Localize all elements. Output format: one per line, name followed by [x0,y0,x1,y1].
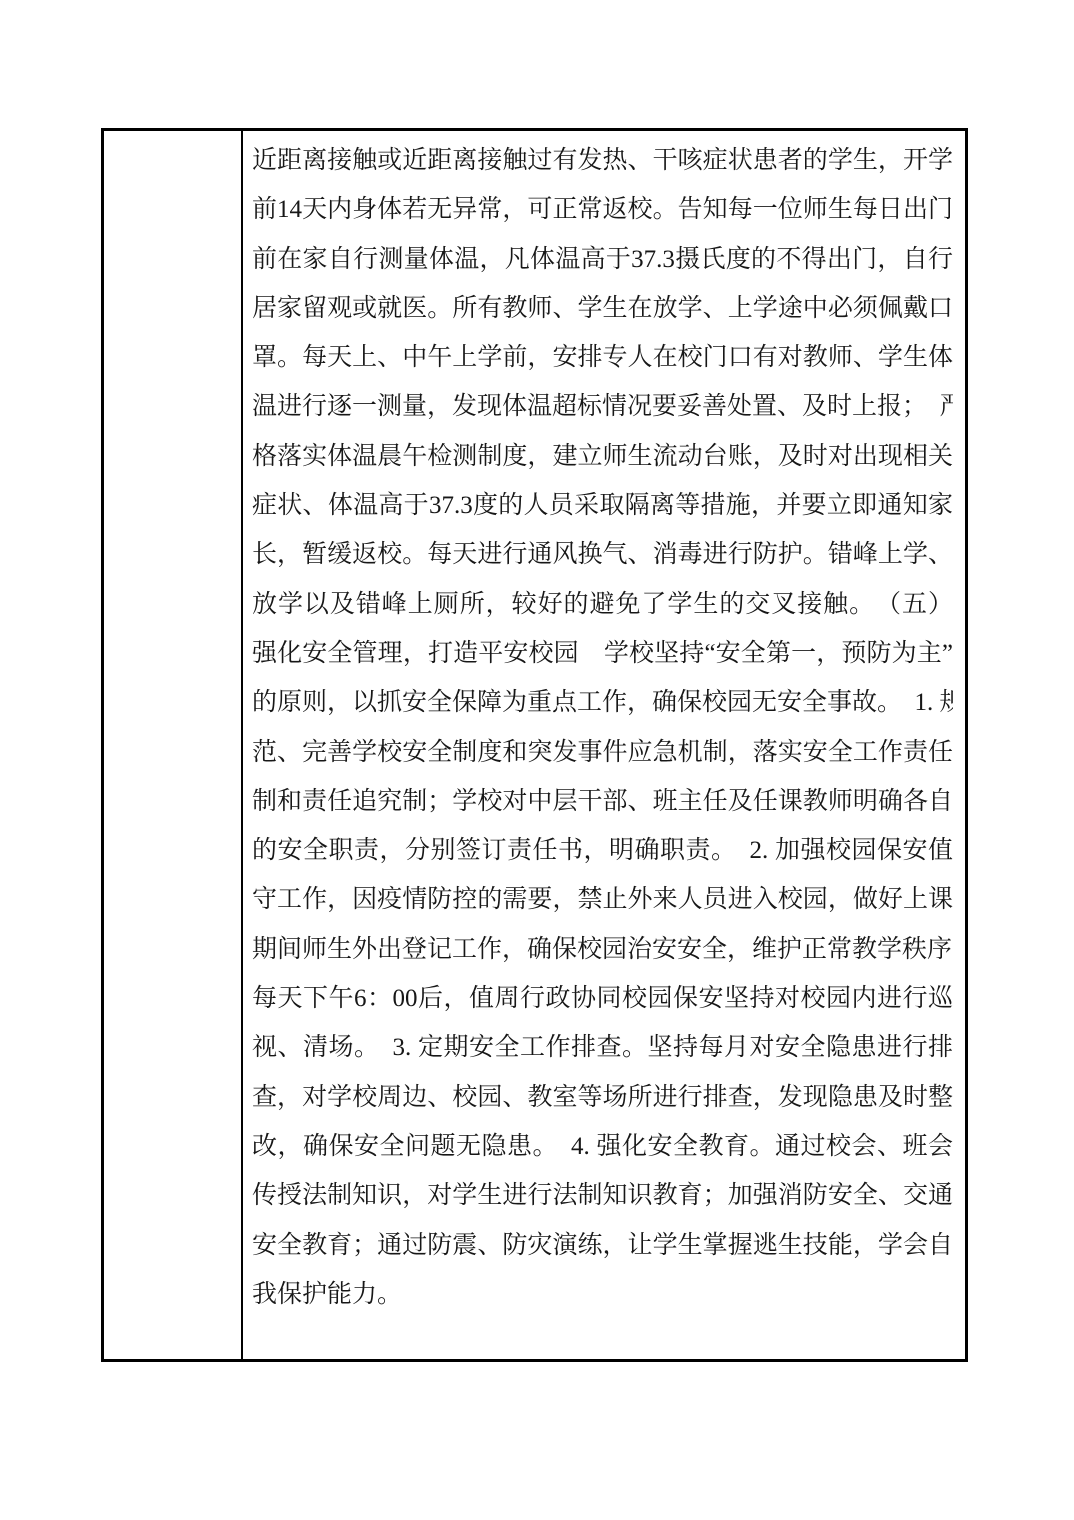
text-line: 视、清场。 3. 定期安全工作排查。坚持每月对安全隐患进行排 [252,1023,953,1072]
text-line: 我保护能力。 [252,1270,953,1319]
text-line: 前在家自行测量体温，凡体温高于37.3摄氏度的不得出门，自行 [252,235,953,284]
text-line: 症状、体温高于37.3度的人员采取隔离等措施，并要立即通知家 [252,481,953,530]
text-line: 前14天内身体若无异常，可正常返校。告知每一位师生每日出门 [252,185,953,234]
text-line: 期间师生外出登记工作，确保校园治安安全，维护正常教学秩序； [252,925,953,974]
text-line: 的安全职责，分别签订责任书，明确职责。 2. 加强校园保安值 [252,826,953,875]
table-left-cell [104,131,243,1359]
text-line: 强化安全管理，打造平安校园 学校坚持“安全第一，预防为主” [252,629,953,678]
text-line: 范、完善学校安全制度和突发事件应急机制，落实安全工作责任 [252,728,953,777]
text-line: 的原则，以抓安全保障为重点工作，确保校园无安全事故。 1. 规 [252,678,953,727]
document-page: 近距离接触或近距离接触过有发热、干咳症状患者的学生，开学 前14天内身体若无异常… [0,0,1074,1520]
text-line: 长，暂缓返校。每天进行通风换气、消毒进行防护。错峰上学、 [252,530,953,579]
text-line: 近距离接触或近距离接触过有发热、干咳症状患者的学生，开学 [252,136,953,185]
text-line: 传授法制知识，对学生进行法制知识教育；加强消防安全、交通 [252,1171,953,1220]
text-line: 查，对学校周边、校园、教室等场所进行排查，发现隐患及时整 [252,1073,953,1122]
text-line: 格落实体温晨午检测制度，建立师生流动台账，及时对出现相关 [252,432,953,481]
text-line: 改，确保安全问题无隐患。 4. 强化安全教育。通过校会、班会 [252,1122,953,1171]
text-line: 制和责任追究制；学校对中层干部、班主任及任课教师明确各自 [252,777,953,826]
table-content-cell: 近距离接触或近距离接触过有发热、干咳症状患者的学生，开学 前14天内身体若无异常… [243,131,965,1359]
text-line: 罩。每天上、中午上学前，安排专人在校门口有对教师、学生体 [252,333,953,382]
text-line: 放学以及错峰上厕所，较好的避免了学生的交叉接触。 （五） [252,580,953,629]
text-line: 居家留观或就医。所有教师、学生在放学、上学途中必须佩戴口 [252,284,953,333]
text-line: 每天下午6：00后，值周行政协同校园保安坚持对校园内进行巡 [252,974,953,1023]
document-table: 近距离接触或近距离接触过有发热、干咳症状患者的学生，开学 前14天内身体若无异常… [101,128,968,1362]
text-line: 温进行逐一测量，发现体温超标情况要妥善处置、及时上报； 严 [252,382,953,431]
text-line: 守工作，因疫情防控的需要，禁止外来人员进入校园，做好上课 [252,875,953,924]
text-line: 安全教育；通过防震、防灾演练，让学生掌握逃生技能，学会自 [252,1221,953,1270]
